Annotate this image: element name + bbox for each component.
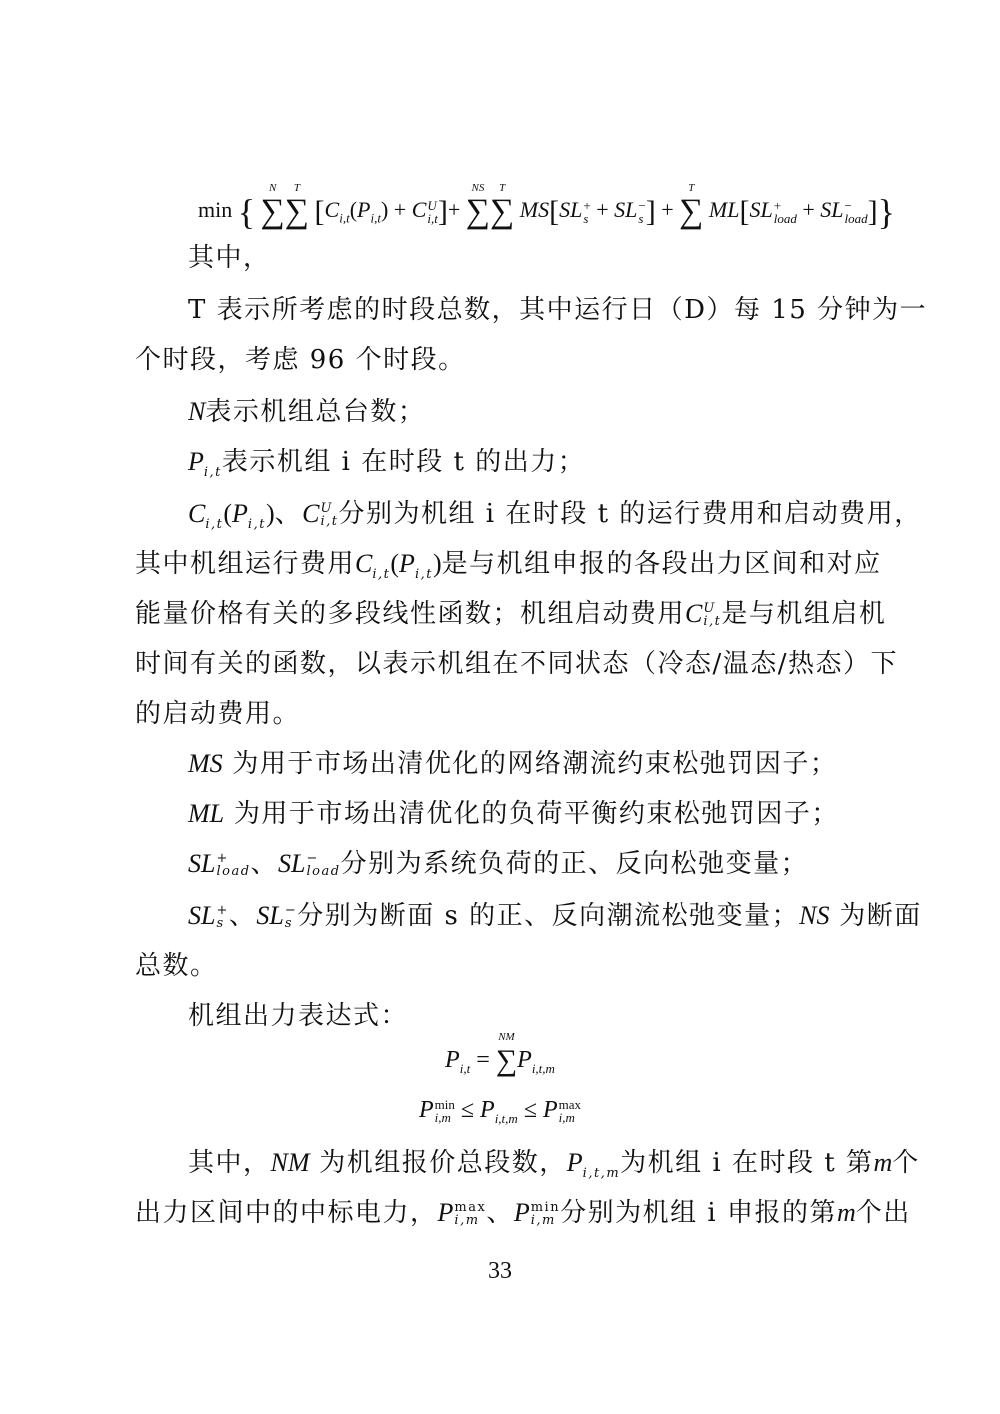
- paragraph-p-definition: Pi,t表示机组 i 在时段 t 的出力；: [188, 442, 928, 482]
- paragraph-c-definition-line1: Ci,t(Pi,t)、CUi,t分别为机组 i 在时段 t 的运行费用和启动费用…: [188, 494, 928, 534]
- sum-n: ∑N: [261, 195, 285, 229]
- paragraph-t-definition-line2: 个时段，考虑 96 个时段。: [135, 340, 875, 380]
- paragraph-n-definition: N表示机组总台数；: [188, 392, 928, 432]
- output-sum-equation: Pi,t = ∑NMPi,t,m: [0, 1040, 1000, 1080]
- min-operator: min: [198, 197, 232, 222]
- page-number: 33: [0, 1258, 1000, 1285]
- paragraph-c-definition-line5: 的启动费用。: [135, 694, 875, 734]
- paragraph-output-expression-heading: 机组出力表达式：: [188, 996, 928, 1036]
- paragraph-sl-s-definition-line1: SL+s、SL−s分别为断面 s 的正、反向潮流松弛变量；NS 为断面: [188, 896, 928, 936]
- paragraph-t-definition-line1: T 表示所考虑的时段总数，其中运行日（D）每 15 分钟为一: [188, 290, 928, 330]
- paragraph-c-definition-line2: 其中机组运行费用Ci,t(Pi,t)是与机组申报的各段出力区间和对应: [135, 544, 875, 584]
- paragraph-nm-definition-line1: 其中，NM 为机组报价总段数，Pi,t,m为机组 i 在时段 t 第m个: [188, 1143, 928, 1183]
- paragraph-nm-definition-line2: 出力区间中的中标电力，Pmaxi,m、Pmini,m分别为机组 i 申报的第m个…: [135, 1193, 875, 1233]
- paragraph-c-definition-line4: 时间有关的函数，以表示机组在不同状态（冷态/温态/热态）下: [135, 644, 875, 684]
- sum-t3: ∑T: [679, 195, 703, 229]
- left-brace: {: [238, 192, 255, 232]
- paragraph-ml-definition: ML 为用于市场出清优化的负荷平衡约束松弛罚因子；: [188, 794, 928, 834]
- objective-function-equation: min { ∑N∑T [Ci,t(Pi,t) + CUi,t]+ ∑NS∑T M…: [198, 185, 895, 237]
- document-page: min { ∑N∑T [Ci,t(Pi,t) + CUi,t]+ ∑NS∑T M…: [0, 0, 1000, 1414]
- sum-t2: ∑T: [490, 195, 514, 229]
- paragraph-sl-load-definition: SL+load、SL−load分别为系统负荷的正、反向松弛变量；: [188, 844, 928, 884]
- paragraph-where: 其中，: [188, 238, 928, 278]
- sum-ns: ∑NS: [466, 195, 490, 229]
- sum-t: ∑T: [285, 195, 309, 229]
- paragraph-ms-definition: MS 为用于市场出清优化的网络潮流约束松弛罚因子；: [188, 744, 928, 784]
- paragraph-sl-s-definition-line2: 总数。: [135, 946, 875, 986]
- paragraph-c-definition-line3: 能量价格有关的多段线性函数；机组启动费用CUi,t是与机组启机: [135, 594, 875, 634]
- output-bounds-equation: Pmini,m ≤ Pi,t,m ≤ Pmaxi,m: [0, 1090, 1000, 1130]
